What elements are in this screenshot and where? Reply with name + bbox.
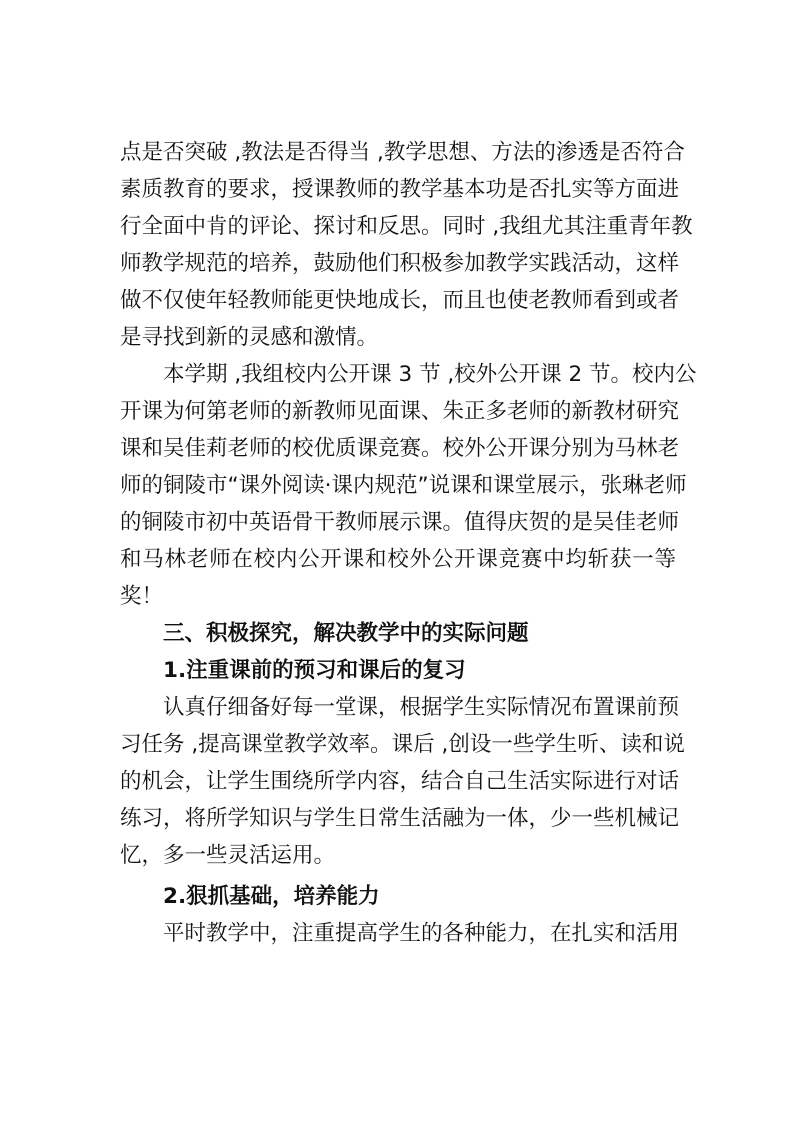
paragraph-evaluation: 点是否突破 ,教法是否得当 ,教学思想、方法的渗透是否符合 素质教育的要求，授课… bbox=[120, 134, 676, 356]
text-line: 的铜陵市初中英语骨干教师展示课。值得庆贺的是吴佳老师 bbox=[120, 504, 676, 541]
text-line: 的机会，让学生围绕所学内容，结合自己生活实际进行对话 bbox=[120, 763, 676, 800]
text-line: 课和吴佳莉老师的校优质课竞赛。校外公开课分别为马林老 bbox=[120, 430, 676, 467]
paragraph-preview-review: 认真仔细备好每一堂课，根据学生实际情况布置课前预 习任务 ,提高课堂教学效率。课… bbox=[120, 689, 676, 874]
text-line: 和马林老师在校内公开课和校外公开课竞赛中均斩获一等 bbox=[120, 541, 676, 578]
text-line: 忆，多一些灵活运用。 bbox=[120, 837, 676, 874]
text-line: 素质教育的要求，授课教师的教学基本功是否扎实等方面进 bbox=[120, 171, 676, 208]
text-line: 师的铜陵市“课外阅读·课内规范”说课和课堂展示，张琳老师 bbox=[120, 467, 676, 504]
text-line: 本学期 ,我组校内公开课 3 节 ,校外公开课 2 节。校内公 bbox=[120, 356, 676, 393]
text-line: 师教学规范的培养，鼓励他们积极参加教学实践活动，这样 bbox=[120, 245, 676, 282]
text-line: 开课为何第老师的新教师见面课、朱正多老师的新教材研究 bbox=[120, 393, 676, 430]
section-heading: 三、积极探究，解决教学中的实际问题 bbox=[120, 615, 676, 652]
text-line: 是寻找到新的灵感和激情。 bbox=[120, 319, 676, 356]
text-line: 行全面中肯的评论、探讨和反思。同时 ,我组尤其注重青年教 bbox=[120, 208, 676, 245]
document-page: 点是否突破 ,教法是否得当 ,教学思想、方法的渗透是否符合 素质教育的要求，授课… bbox=[120, 134, 676, 952]
paragraph-open-classes: 本学期 ,我组校内公开课 3 节 ,校外公开课 2 节。校内公 开课为何第老师的… bbox=[120, 356, 676, 615]
text-line: 奖！ bbox=[120, 578, 676, 615]
paragraph-abilities: 平时教学中，注重提高学生的各种能力，在扎实和活用 bbox=[120, 915, 676, 952]
text-line: 练习，将所学知识与学生日常生活融为一体，少一些机械记 bbox=[120, 800, 676, 837]
subsection-heading-1: 1.注重课前的预习和课后的复习 bbox=[120, 652, 676, 689]
subsection-heading-2: 2.狠抓基础，培养能力 bbox=[120, 878, 676, 915]
text-line: 做不仅使年轻教师能更快地成长，而且也使老教师看到或者 bbox=[120, 282, 676, 319]
text-line: 平时教学中，注重提高学生的各种能力，在扎实和活用 bbox=[120, 915, 676, 952]
text-line: 认真仔细备好每一堂课，根据学生实际情况布置课前预 bbox=[120, 689, 676, 726]
text-line: 习任务 ,提高课堂教学效率。课后 ,创设一些学生听、读和说 bbox=[120, 726, 676, 763]
text-line: 点是否突破 ,教法是否得当 ,教学思想、方法的渗透是否符合 bbox=[120, 134, 676, 171]
